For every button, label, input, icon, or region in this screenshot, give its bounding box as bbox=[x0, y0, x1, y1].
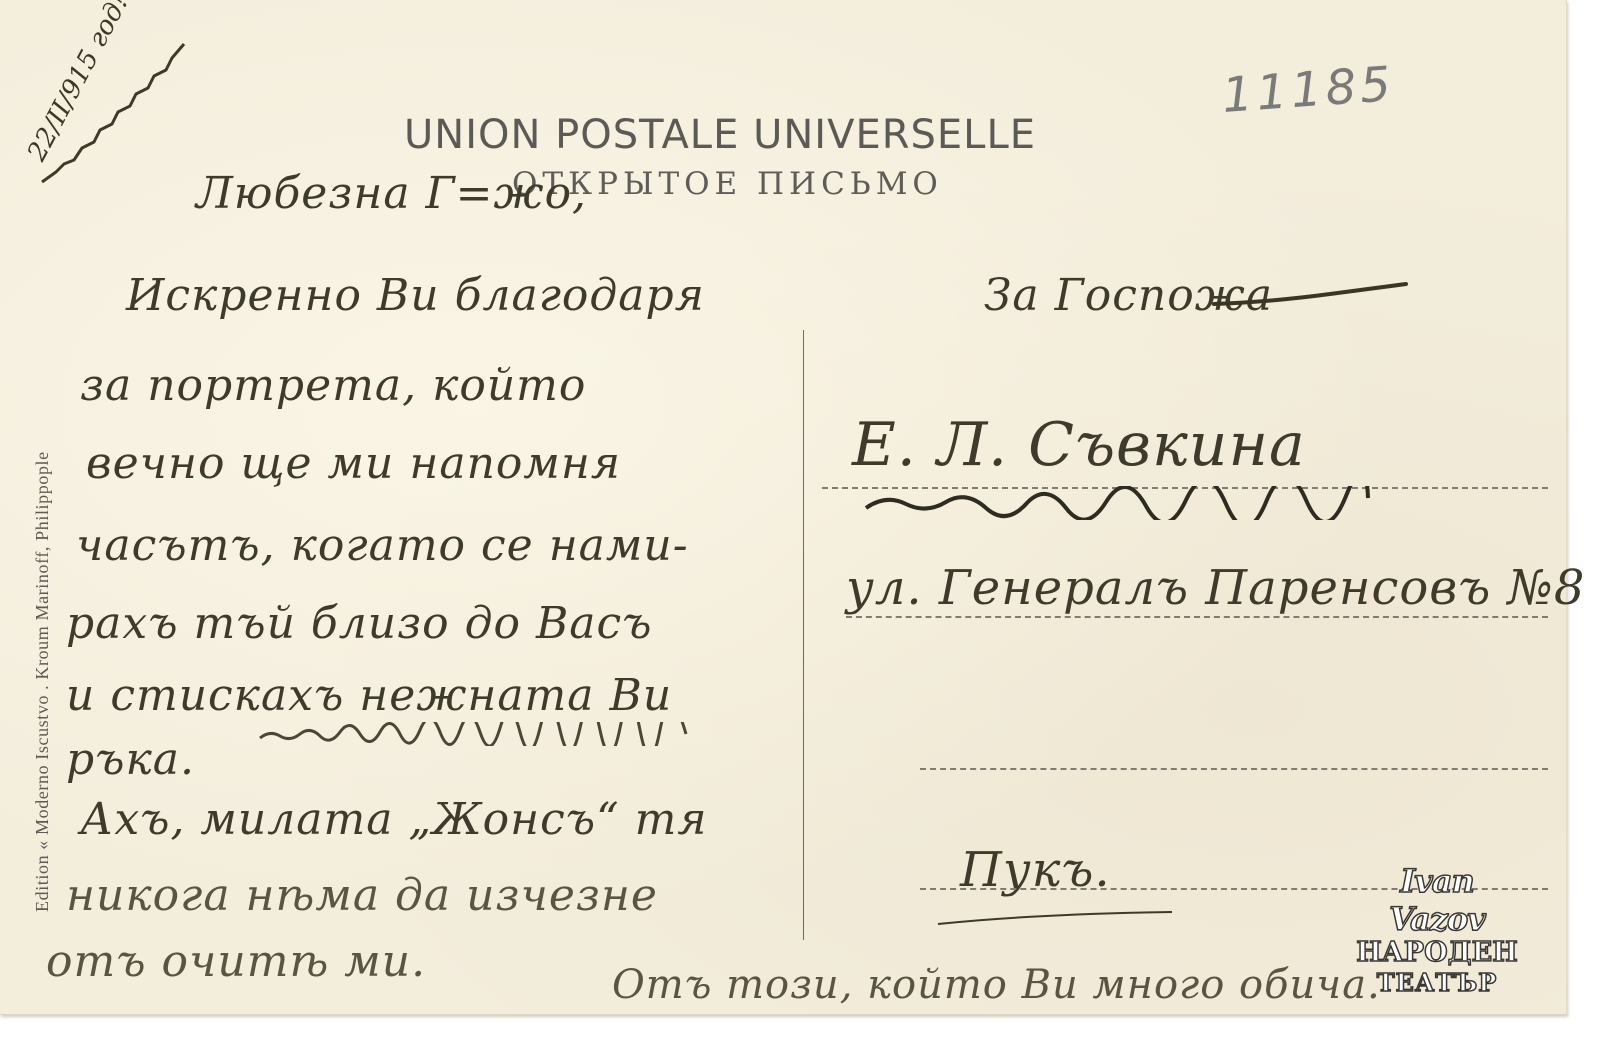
message-closing: Отъ този, който Ви много обича. bbox=[612, 962, 1381, 1008]
message-line: и стискахъ нежната Ви bbox=[66, 670, 672, 721]
logo-line1: НАРОДЕН bbox=[1352, 938, 1522, 968]
message-line: никога нѣма да изчезне bbox=[66, 870, 658, 921]
center-divider bbox=[803, 330, 804, 940]
message-line: отъ очитѣ ми. bbox=[46, 936, 426, 987]
message-line: рахъ тъй близо до Васъ bbox=[66, 598, 652, 649]
message-line: часътъ, когато се нами- bbox=[76, 520, 689, 571]
message-line: Искренно Ви благодаря bbox=[126, 270, 705, 321]
wavy-underline-icon bbox=[258, 722, 688, 746]
message-line: ръка. bbox=[66, 734, 195, 785]
wavy-underline-icon bbox=[862, 486, 1372, 520]
logo-line2: ТЕАТЪР bbox=[1352, 968, 1522, 998]
wavy-underline-icon bbox=[38, 36, 188, 186]
address-recipient: Е. Л. Съвкина bbox=[852, 410, 1306, 480]
message-greeting: Любезна Г=жо, bbox=[196, 168, 587, 219]
message-line: вечно ще ми напомня bbox=[86, 438, 621, 489]
address-dotted-line bbox=[846, 616, 1548, 618]
publisher-imprint: Edition « Moderno Iscustvo . Kroum Marin… bbox=[32, 451, 53, 912]
address-street: ул. Генералъ Паренсовъ №8 bbox=[846, 560, 1585, 616]
message-line: Ахъ, милата „Жонсъ“ тя bbox=[80, 794, 707, 845]
archive-number: 11185 bbox=[1220, 56, 1396, 124]
flourish-icon bbox=[1210, 280, 1410, 310]
postcard-back: 11185 22/II/915 год! UNION POSTALE UNIVE… bbox=[0, 0, 1567, 1015]
address-dotted-line bbox=[920, 768, 1548, 770]
logo-script: Ivan Vazov bbox=[1352, 862, 1522, 938]
flourish-icon bbox=[936, 904, 1176, 928]
printed-header: UNION POSTALE UNIVERSELLE bbox=[404, 112, 1036, 158]
message-line: за портрета, който bbox=[80, 360, 586, 411]
theatre-logo: Ivan Vazov НАРОДЕН ТЕАТЪР bbox=[1352, 862, 1522, 972]
